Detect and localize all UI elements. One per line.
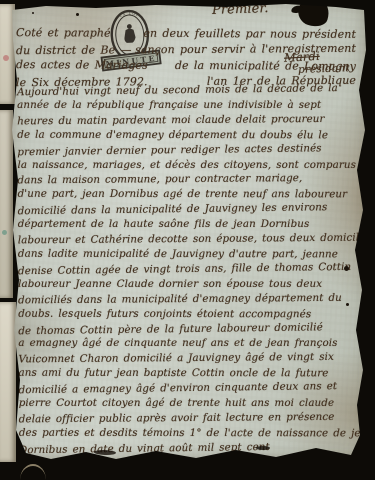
manuscript-line: pierre Courtot citoyen âgé de trente hui… (19, 396, 359, 411)
ink-spot (32, 12, 34, 14)
line-segment: des actes de Mariages (16, 57, 148, 74)
paper-fleck (3, 55, 9, 61)
paper-scrap (20, 464, 46, 480)
manuscript-line: laboureur Jeanne Claude dornier son épou… (18, 277, 358, 292)
manuscript-line: premier janvier dernier pour rediger les… (17, 140, 357, 159)
manuscript-line: laboureur et Cathérine decotte son épous… (18, 231, 358, 249)
manuscript-line: département de la haute saône fils de je… (18, 217, 358, 232)
manuscript-line: Dornibus en date du vingt août mil sept … (19, 439, 359, 458)
ink-smudge (256, 446, 270, 450)
manuscript-line: année de la république française une ind… (17, 98, 357, 113)
margin-note-title: présidant (298, 62, 350, 76)
binding-fragment (0, 302, 16, 462)
ink-spot (76, 13, 79, 16)
manuscript-line: delaie officier public après avoir fait … (19, 410, 359, 428)
paper-fleck (2, 230, 7, 235)
manuscript-line: heures du matin pardevant moi claude del… (17, 111, 357, 129)
photo-background: Premier. LA LOI MINUTE Coté et paraphé e… (0, 0, 375, 480)
margin-note: Mardi présidant (284, 49, 350, 75)
line-segment: Coté et paraphé (16, 25, 111, 41)
ink-spot (344, 266, 349, 271)
main-paragraph: Aujourd'hui vingt neuf du second mois de… (17, 82, 359, 456)
ink-spot (346, 303, 349, 306)
manuscript-page: Premier. LA LOI MINUTE Coté et paraphé e… (6, 0, 370, 470)
binding-fragment (0, 110, 13, 298)
manuscript-line: domiciliés dans la municipalité d'emagne… (18, 290, 358, 308)
page-number-heading: Premier. (212, 1, 269, 18)
